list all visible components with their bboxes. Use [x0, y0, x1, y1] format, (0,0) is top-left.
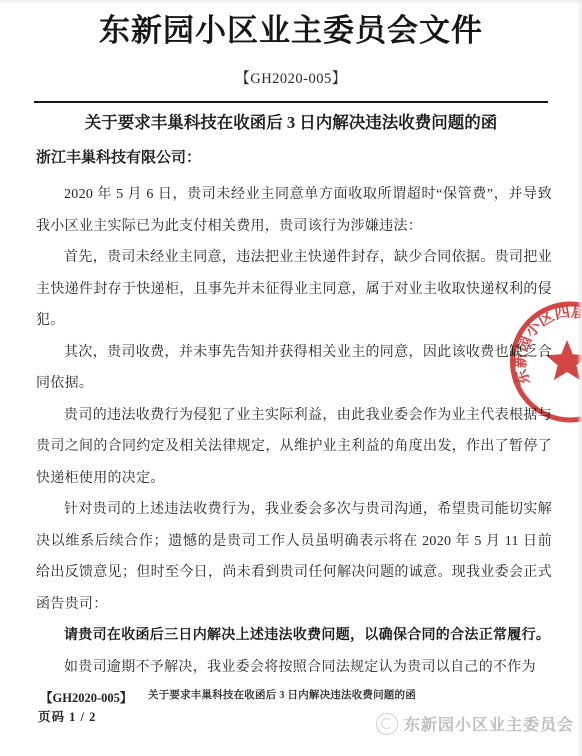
body-paragraph: 2020 年 5 月 6 日，贵司未经业主同意单方面收取所谓超时“保管费”，并导…: [36, 179, 552, 242]
watermark-text: 东新园小区业主委员会: [404, 712, 574, 735]
subject-heading: 关于要求丰巢科技在收函后 3 日内解决违法收费问题的函: [30, 111, 552, 135]
body-paragraph: 贵司的违法收费行为侵犯了业主实际利益，由此我业委会作为业主代表根据与贵司之间的合…: [36, 400, 552, 495]
scan-edge-shadow: [577, 0, 582, 756]
page-number-value: 1 / 2: [69, 710, 96, 724]
title-divider: [34, 101, 548, 103]
body-paragraph: 针对贵司的上述违法收费行为，我业委会多次与贵司沟通，希望贵司能切实解决以维系后续…: [36, 494, 552, 620]
footer-doc-number: 【GH2020-005】: [40, 688, 132, 706]
doc-number: 【GH2020-005】: [0, 67, 582, 88]
salutation: 浙江丰巢科技有限公司：: [36, 143, 552, 173]
org-title: 东新园小区业主委员会文件: [20, 10, 562, 52]
footer-subject: 关于要求丰巢科技在收函后 3 日内解决违法收费问题的函: [148, 687, 416, 702]
letter-body: 浙江丰巢科技有限公司： 2020 年 5 月 6 日，贵司未经业主同意单方面收取…: [36, 143, 552, 683]
body-paragraph: 如贵司逾期不予解决，我业委会将按照合同法规定认为贵司以自己的不作为: [36, 652, 552, 684]
body-paragraph: 首先，贵司未经业主同意，违法把业主快递件封存，缺少合同依据。贵司把业主快递件封存…: [36, 242, 552, 337]
body-paragraph-demand: 请贵司在收函后三日内解决上述违法收费问题，以确保合同的合法正常履行。: [36, 620, 552, 652]
watermark: 东新园小区业主委员会: [376, 712, 574, 735]
document-page: 东新园小区业主委员会文件 【GH2020-005】 关于要求丰巢科技在收函后 3…: [0, 0, 582, 756]
page-number: 页码 1 / 2: [38, 707, 96, 725]
page-number-label: 页码: [38, 710, 65, 724]
body-paragraph: 其次，贵司收费，并未事先告知并获得相关业主的同意，因此该收费也缺乏合同依据。: [36, 337, 552, 400]
watermark-logo-icon: [376, 713, 398, 735]
